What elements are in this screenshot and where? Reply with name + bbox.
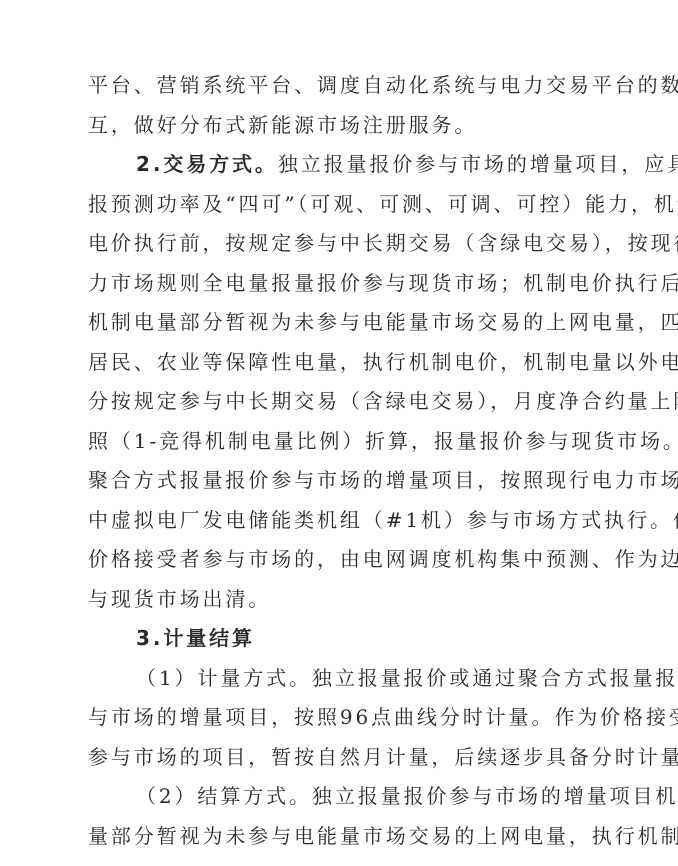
text-line-14: 与现货市场出清。 bbox=[88, 584, 612, 614]
document-page: 平台、营销系统平台、调度自动化系统与电力交易平台的数据交 互，做好分布式新能源市… bbox=[0, 0, 678, 866]
text-line-18: 参与市场的项目，暂按自然月计量，后续逐步具备分时计量条件。 bbox=[88, 742, 612, 772]
section-2-text: 独立报量报价参与市场的增量项目，应具备申 bbox=[278, 152, 678, 176]
section-2-line: 2.交易方式。独立报量报价参与市场的增量项目，应具备申 bbox=[136, 149, 612, 179]
text-line-20: 量部分暂视为未参与电能量市场交易的上网电量，执行机制电 bbox=[88, 821, 612, 851]
text-line-12: 中虚拟电厂发电储能类机组（#1机）参与市场方式执行。作为 bbox=[88, 505, 612, 535]
text-line-13: 价格接受者参与市场的，由电网调度机构集中预测、作为边界参 bbox=[88, 544, 612, 574]
text-line-11: 聚合方式报量报价参与市场的增量项目，按照现行电力市场规则 bbox=[88, 465, 612, 495]
text-line-17: 与市场的增量项目，按照96点曲线分时计量。作为价格接受者 bbox=[88, 702, 612, 732]
text-line-16: （1）计量方式。独立报量报价或通过聚合方式报量报价参 bbox=[136, 663, 612, 693]
text-line-2: 互，做好分布式新能源市场注册服务。 bbox=[88, 110, 612, 140]
text-line-7: 机制电量部分暂视为未参与电能量市场交易的上网电量，匹配至 bbox=[88, 307, 612, 337]
text-line-19: （2）结算方式。独立报量报价参与市场的增量项目机制电 bbox=[136, 781, 612, 811]
text-line-8: 居民、农业等保障性电量，执行机制电价，机制电量以外电量部 bbox=[88, 347, 612, 377]
text-line-10: 照（1-竞得机制电量比例）折算，报量报价参与现货市场。通过 bbox=[88, 426, 612, 456]
text-line-5: 电价执行前，按规定参与中长期交易（含绿电交易），按现行电 bbox=[88, 228, 612, 258]
text-line-4: 报预测功率及“四可”（可观、可测、可调、可控）能力，机制 bbox=[88, 189, 612, 219]
section-2-heading: 2.交易方式。 bbox=[136, 152, 278, 176]
text-line-1: 平台、营销系统平台、调度自动化系统与电力交易平台的数据交 bbox=[88, 70, 612, 100]
text-line-9: 分按规定参与中长期交易（含绿电交易），月度净合约量上限按 bbox=[88, 386, 612, 416]
text-line-6: 力市场规则全电量报量报价参与现货市场；机制电价执行后，将 bbox=[88, 268, 612, 298]
section-3-line: 3.计量结算 bbox=[136, 623, 612, 653]
section-3-heading: 3.计量结算 bbox=[136, 626, 255, 650]
